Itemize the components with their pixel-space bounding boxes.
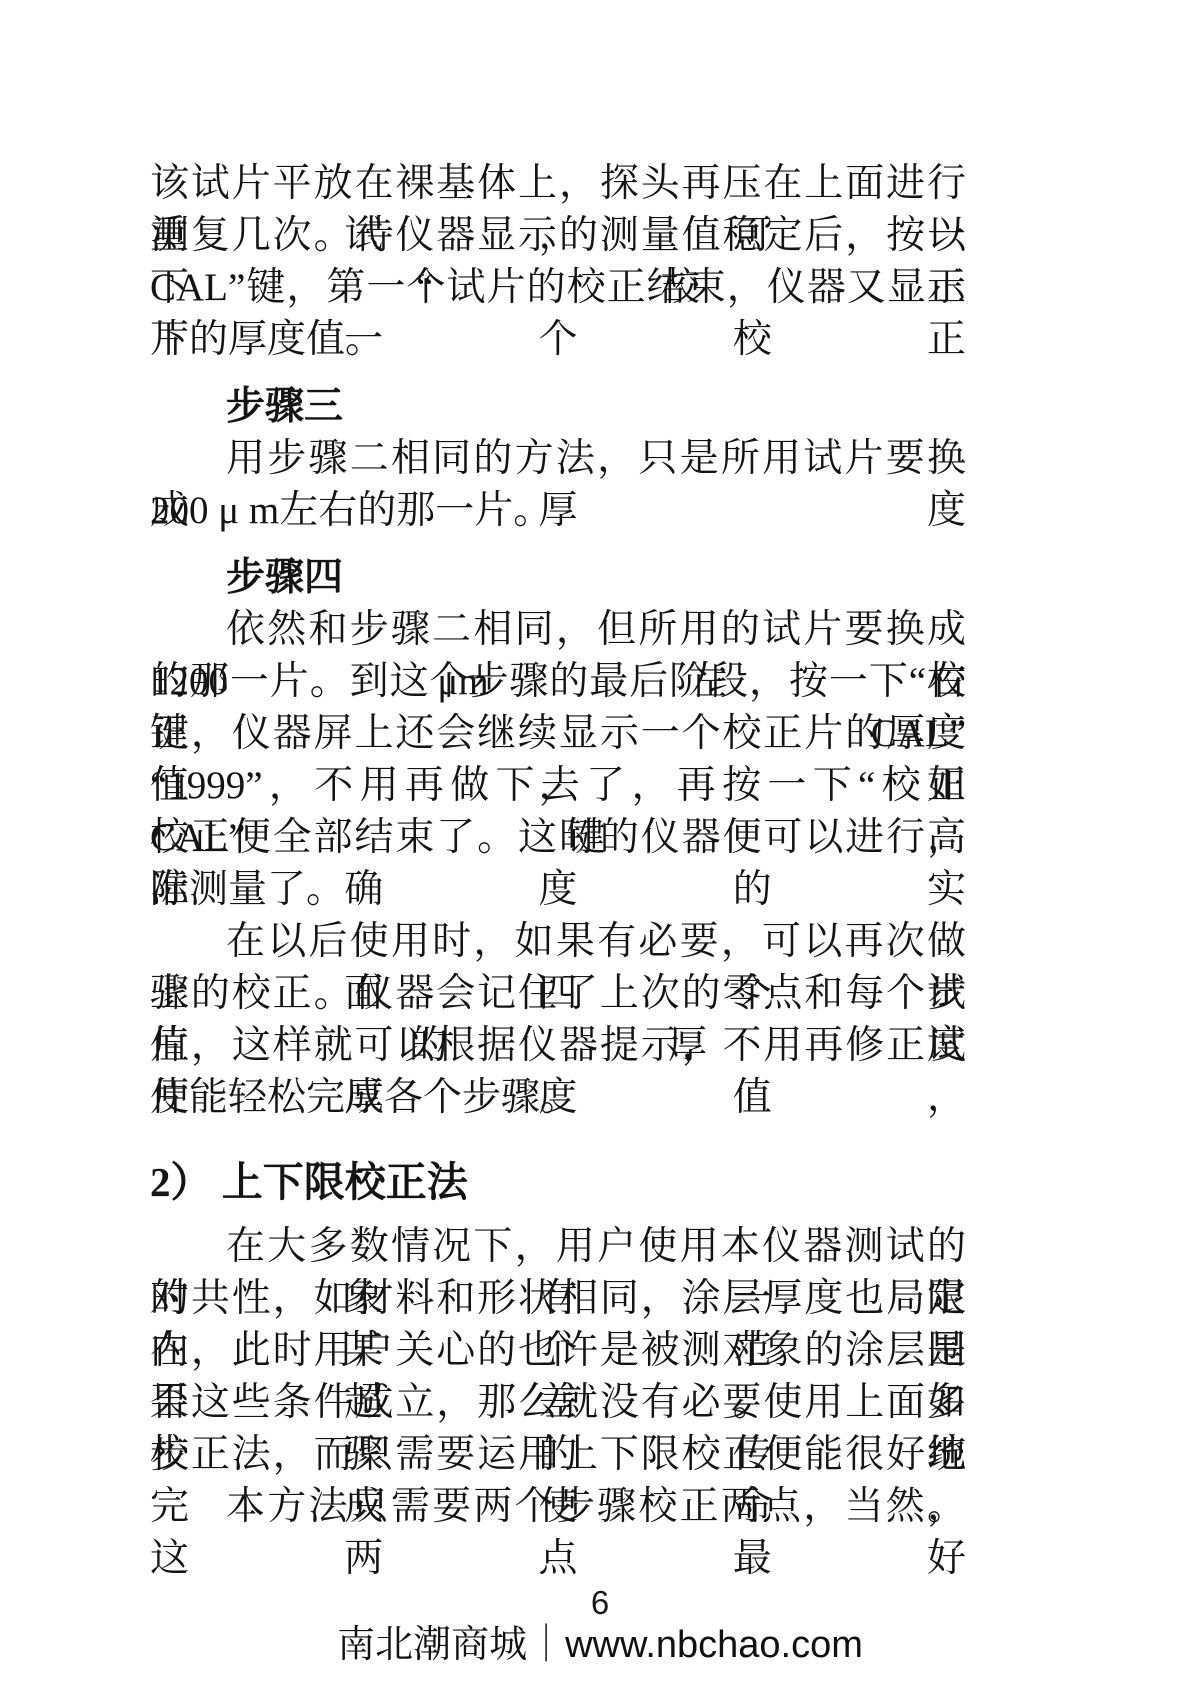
text-line: 本方法只需要两个步骤校正两点，当然，这两点最好 <box>150 1481 966 1533</box>
manual-page: 该试片平放在裸基体上，探头再压在上面进行测试，可以重复几次。待仪器显示的测量值稳… <box>0 0 1200 1705</box>
text-line: CAL”键，第一个试片的校正结束，仪器又显示下一个校正 <box>150 262 966 314</box>
text-line: 内，此时用户关心的也许是被测对象的涂层是否超差。如 <box>150 1325 966 1377</box>
text-line: 重复几次。待仪器显示的测量值稳定后，按一下“校正 <box>150 210 966 262</box>
text-line: 键，仪器屏上还会继续显示一个校正片的厚度值，如 <box>150 708 966 760</box>
text-line: 在以后使用时，如果有必要，可以再次做上面四个步 <box>150 916 966 968</box>
text-line: 该试片平放在裸基体上，探头再压在上面进行测试，可以 <box>150 158 966 210</box>
step-heading: 步骤四 <box>150 552 966 604</box>
text-line: 值，这样就可以根据仪器提示，不用再修正试片厚度值， <box>150 1020 966 1072</box>
text-line: 校正便全部结束了。这时的仪器便可以进行高准确度的实 <box>150 812 966 864</box>
text-line: 用步骤二相同的方法，只是所用试片要换成厚度 <box>150 433 966 485</box>
text-line: 在大多数情况下，用户使用本仪器测试的对象有一定 <box>150 1221 966 1273</box>
step-heading: 步骤三 <box>150 381 966 433</box>
section-heading: 2） 上下限校正法 <box>150 1156 966 1208</box>
text-line: 的那一片。到这个步骤的最后阶段，按一下“校正CAL” <box>150 656 966 708</box>
page-number: 6 <box>0 1585 1200 1621</box>
text-line: 骤的校正。仪器会记住了上次的零点和每个试片的厚度 <box>150 968 966 1020</box>
text-line: 校正法，而只需要运用上下限校正便能很好地完成使命。 <box>150 1429 966 1481</box>
text-line: 的共性，如材料和形状相同，涂层厚度也局限在某个范围 <box>150 1273 966 1325</box>
text-line: 果这些条件成立，那么就没有必要使用上面多步骤的传统 <box>150 1377 966 1429</box>
footer-brand: 南北潮商城｜www.nbchao.com <box>0 1623 1200 1667</box>
document-body: 该试片平放在裸基体上，探头再压在上面进行测试，可以重复几次。待仪器显示的测量值稳… <box>150 158 966 1533</box>
text-line: “1999”，不用再做下去了，再按一下“校正CAL”键， <box>150 760 966 812</box>
text-line: 依然和步骤二相同，但所用的试片要换成1200 μm左右 <box>150 604 966 656</box>
